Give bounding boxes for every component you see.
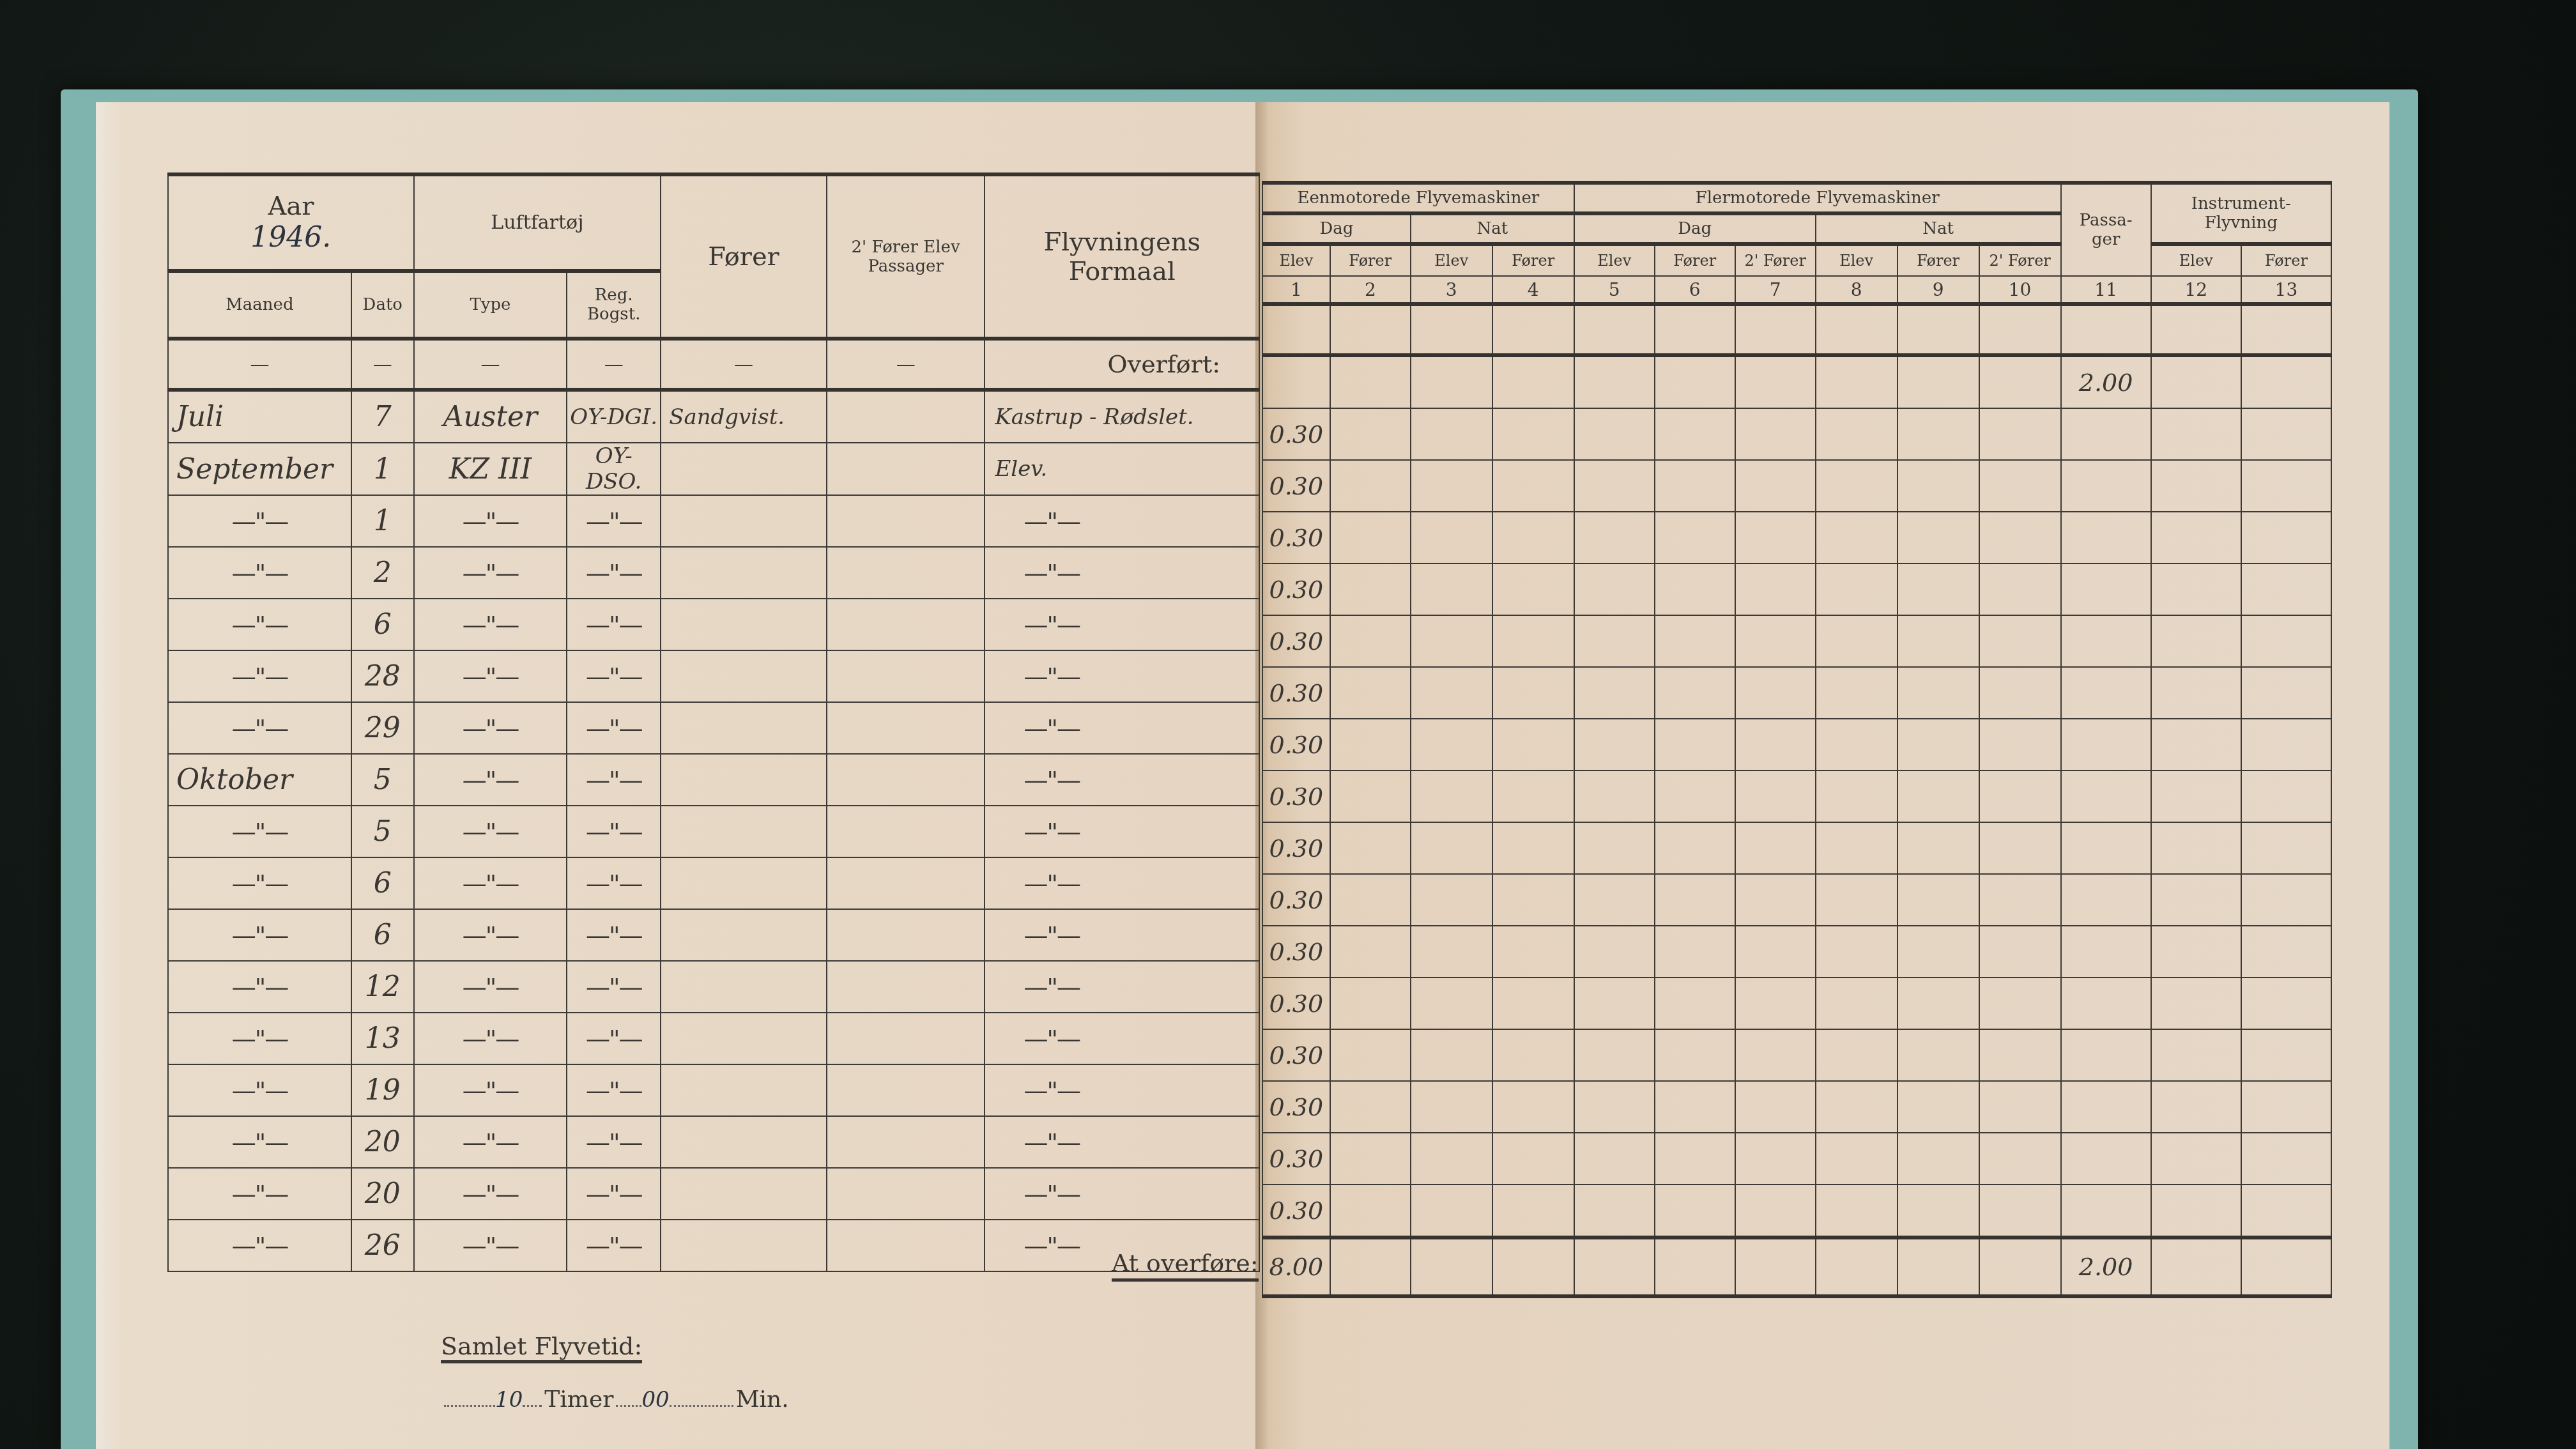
time-cell (1411, 512, 1492, 563)
time-cell (1897, 512, 1979, 563)
overfort-dash: — (827, 339, 985, 390)
column-number: 3 (1411, 276, 1492, 304)
column-label: Fører (1655, 244, 1735, 276)
time-cell (1330, 719, 1411, 770)
at-overfore-label: At overføre: (1112, 1249, 1259, 1282)
registration-cell: —"— (567, 702, 661, 754)
passager-time (2061, 512, 2151, 563)
time-cell (1574, 770, 1655, 822)
total-passager: 2.00 (2061, 1238, 2151, 1296)
pilot-cell (661, 961, 827, 1013)
time-cell (1330, 1133, 1411, 1184)
time-cell (1897, 770, 1979, 822)
pilot-cell (661, 857, 827, 909)
month-cell: Oktober (168, 754, 351, 806)
time-cell (2241, 1133, 2331, 1184)
time-cell (1574, 408, 1655, 460)
date-cell: 6 (351, 599, 414, 650)
total-cell (1897, 1238, 1979, 1296)
time-cell (1330, 1184, 1411, 1238)
time-cell (1735, 563, 1816, 615)
passenger-cell (827, 443, 985, 495)
time-cell (1816, 926, 1897, 977)
date-cell: 28 (351, 650, 414, 702)
passager-time (2061, 874, 2151, 926)
overfort-cell (2061, 304, 2151, 355)
time-cell (1979, 667, 2061, 719)
purpose-cell: —"— (985, 547, 1259, 599)
time-cell (1330, 874, 1411, 926)
flight-log-left-table: Aar 1946. Luftfartøj Fører 2' Fører Elev… (167, 172, 1260, 1272)
enmotor-dag-elev-time: 0.30 (1262, 408, 1330, 460)
type-header: Type (414, 271, 567, 339)
log-row-times: 0.30 (1262, 1184, 2331, 1238)
time-cell (1816, 355, 1897, 408)
purpose-cell: —"— (985, 702, 1259, 754)
time-cell (1816, 874, 1897, 926)
purpose-cell: —"— (985, 599, 1259, 650)
time-cell (1655, 977, 1735, 1029)
time-cell (1330, 770, 1411, 822)
log-row-times: 0.30 (1262, 822, 2331, 874)
month-cell: —"— (168, 1064, 351, 1116)
log-row: —"—26—"——"——"— (168, 1220, 1259, 1271)
time-cell (1655, 770, 1735, 822)
time-cell (1816, 615, 1897, 667)
time-cell (1897, 667, 1979, 719)
year-value: 1946. (169, 221, 413, 254)
date-cell: 20 (351, 1116, 414, 1168)
time-cell (1735, 1029, 1816, 1081)
time-cell (1816, 719, 1897, 770)
time-cell (1411, 874, 1492, 926)
time-cell (1411, 770, 1492, 822)
time-cell (1735, 460, 1816, 512)
time-cell (2151, 977, 2241, 1029)
month-cell: —"— (168, 806, 351, 857)
time-cell (1979, 874, 2061, 926)
time-cell (1897, 1133, 1979, 1184)
time-cell (1735, 408, 1816, 460)
time-cell (1897, 874, 1979, 926)
pilot-cell (661, 1064, 827, 1116)
date-cell: 20 (351, 1168, 414, 1220)
time-cell (1330, 615, 1411, 667)
log-row-times: 0.30 (1262, 874, 2331, 926)
time-cell (1816, 460, 1897, 512)
aircraft-type-cell: —"— (414, 650, 567, 702)
passager-time (2061, 408, 2151, 460)
formaal-header: Flyvningens Formaal (985, 174, 1259, 339)
passenger-cell (827, 599, 985, 650)
registration-cell: —"— (567, 961, 661, 1013)
time-cell (1411, 1184, 1492, 1238)
passenger-cell (827, 1220, 985, 1271)
date-cell: 5 (351, 806, 414, 857)
registration-cell: —"— (567, 857, 661, 909)
time-cell (1411, 977, 1492, 1029)
passenger-cell (827, 961, 985, 1013)
time-cell (1979, 1133, 2061, 1184)
purpose-cell: Kastrup - Rødslet. (985, 390, 1259, 443)
column-number: 4 (1492, 276, 1574, 304)
log-row: —"—19—"——"——"— (168, 1064, 1259, 1116)
total-cell (1330, 1238, 1411, 1296)
time-cell (1735, 1133, 1816, 1184)
passager-time (2061, 926, 2151, 977)
year-header: Aar 1946. (168, 174, 414, 271)
column-label: Fører (1492, 244, 1574, 276)
time-cell (1735, 822, 1816, 874)
time-cell (2151, 822, 2241, 874)
log-row-times: 0.30 (1262, 615, 2331, 667)
passager-time (2061, 460, 2151, 512)
maaned-header: Maaned (168, 271, 351, 339)
month-cell: —"— (168, 857, 351, 909)
pilot-cell (661, 443, 827, 495)
purpose-cell: —"— (985, 909, 1259, 961)
passenger-cell (827, 650, 985, 702)
time-cell (1411, 460, 1492, 512)
log-row-times: 0.30 (1262, 667, 2331, 719)
time-cell (2151, 1133, 2241, 1184)
overfort-cell (1979, 304, 2061, 355)
flight-log-right-table: Eenmotorede Flyvemaskiner Flermotorede F… (1262, 181, 2332, 1298)
time-cell (1574, 460, 1655, 512)
log-row: September1KZ IIIOY-DSO.Elev. (168, 443, 1259, 495)
time-cell (1735, 926, 1816, 977)
log-row: Juli7AusterOY-DGI.Sandgvist.Kastrup - Rø… (168, 390, 1259, 443)
time-cell (1330, 926, 1411, 977)
passenger-cell (827, 1064, 985, 1116)
enmotor-dag-elev-time: 0.30 (1262, 1081, 1330, 1133)
time-cell (1574, 563, 1655, 615)
time-cell (1492, 1133, 1574, 1184)
time-cell (1411, 563, 1492, 615)
time-cell (1897, 822, 1979, 874)
pilot-cell (661, 1220, 827, 1271)
enmotor-dag-elev-time: 0.30 (1262, 460, 1330, 512)
passager-time (2061, 667, 2151, 719)
column-number: 11 (2061, 276, 2151, 304)
time-cell (1411, 822, 1492, 874)
date-cell: 1 (351, 443, 414, 495)
month-cell: —"— (168, 495, 351, 547)
log-row: —"—13—"——"——"— (168, 1013, 1259, 1064)
time-cell (1492, 822, 1574, 874)
registration-cell: OY-DSO. (567, 443, 661, 495)
month-cell: —"— (168, 650, 351, 702)
dotted-line (616, 1399, 641, 1407)
time-cell (1979, 615, 2061, 667)
samlet-flyvetid-line: 10 Timer 00 Min. (444, 1386, 789, 1413)
time-cell (1330, 1081, 1411, 1133)
date-cell: 1 (351, 495, 414, 547)
overfort-cell (1330, 304, 1411, 355)
month-cell: September (168, 443, 351, 495)
time-cell (1411, 355, 1492, 408)
aircraft-type-cell: —"— (414, 1220, 567, 1271)
purpose-cell: —"— (985, 1168, 1259, 1220)
purpose-cell: —"— (985, 1013, 1259, 1064)
time-cell (1897, 977, 1979, 1029)
min-label: Min. (736, 1386, 789, 1413)
enmotor-dag-elev-time: 0.30 (1262, 667, 1330, 719)
time-cell (1330, 408, 1411, 460)
time-cell (1492, 460, 1574, 512)
registration-cell: —"— (567, 1013, 661, 1064)
second-forer-header: 2' Fører Elev Passager (827, 174, 985, 339)
time-cell (1574, 512, 1655, 563)
aircraft-type-cell: —"— (414, 754, 567, 806)
pilot-cell (661, 909, 827, 961)
time-cell (1979, 719, 2061, 770)
date-cell: 19 (351, 1064, 414, 1116)
date-cell: 6 (351, 909, 414, 961)
column-label: Elev (2151, 244, 2241, 276)
purpose-cell: —"— (985, 495, 1259, 547)
passager-time (2061, 563, 2151, 615)
overfort-label: Overført: (985, 339, 1259, 390)
registration-cell: —"— (567, 650, 661, 702)
passenger-cell (827, 547, 985, 599)
aircraft-type-cell: —"— (414, 1064, 567, 1116)
time-cell (1655, 719, 1735, 770)
purpose-cell: —"— (985, 857, 1259, 909)
aircraft-type-cell: —"— (414, 702, 567, 754)
aircraft-type-cell: —"— (414, 909, 567, 961)
time-cell (1411, 667, 1492, 719)
month-cell: Juli (168, 390, 351, 443)
pilot-cell (661, 754, 827, 806)
log-row-times: 0.30 (1262, 512, 2331, 563)
time-cell (1574, 874, 1655, 926)
dato-header: Dato (351, 271, 414, 339)
flermotor-dag-header: Dag (1574, 213, 1816, 244)
time-cell (1735, 667, 1816, 719)
overfort-cell (1816, 304, 1897, 355)
pilot-cell (661, 702, 827, 754)
column-label: Elev (1411, 244, 1492, 276)
registration-cell: —"— (567, 1168, 661, 1220)
time-cell (1979, 1184, 2061, 1238)
passager-time (2061, 615, 2151, 667)
aircraft-type-cell: —"— (414, 961, 567, 1013)
log-row: —"—6—"——"——"— (168, 909, 1259, 961)
enmotor-nat-header: Nat (1411, 213, 1574, 244)
time-cell (1735, 977, 1816, 1029)
enmotor-dag-elev-time: 0.30 (1262, 563, 1330, 615)
month-cell: —"— (168, 702, 351, 754)
time-cell (1411, 926, 1492, 977)
time-cell (1492, 667, 1574, 719)
time-cell (1897, 1029, 1979, 1081)
log-row: —"—6—"——"——"— (168, 599, 1259, 650)
time-cell (1897, 1081, 1979, 1133)
column-label: Fører (1330, 244, 1411, 276)
time-cell (2151, 1029, 2241, 1081)
time-cell (1897, 355, 1979, 408)
overfort-cell (2151, 304, 2241, 355)
time-cell (2241, 460, 2331, 512)
purpose-cell: —"— (985, 961, 1259, 1013)
total-cell (1735, 1238, 1816, 1296)
time-cell (1979, 822, 2061, 874)
time-cell (1492, 408, 1574, 460)
time-cell (1816, 822, 1897, 874)
month-cell: —"— (168, 1168, 351, 1220)
log-row-times: 0.30 (1262, 408, 2331, 460)
time-cell (1897, 926, 1979, 977)
time-cell (1979, 512, 2061, 563)
time-cell (1330, 563, 1411, 615)
date-cell: 6 (351, 857, 414, 909)
total-cell (1655, 1238, 1735, 1296)
time-cell (1735, 1184, 1816, 1238)
time-cell (2241, 563, 2331, 615)
time-cell (1655, 1133, 1735, 1184)
date-cell: 29 (351, 702, 414, 754)
time-cell (1574, 1081, 1655, 1133)
total-hours: 10 (495, 1387, 523, 1413)
time-cell (1655, 563, 1735, 615)
time-cell (1979, 770, 2061, 822)
time-cell (1574, 1184, 1655, 1238)
time-cell (2151, 926, 2241, 977)
column-number: 12 (2151, 276, 2241, 304)
time-cell (1979, 1081, 2061, 1133)
time-cell (1574, 719, 1655, 770)
dotted-line (523, 1399, 542, 1407)
column-number: 13 (2241, 276, 2331, 304)
passenger-cell (827, 702, 985, 754)
time-cell (1411, 719, 1492, 770)
overfort-dash: — (661, 339, 827, 390)
aircraft-type-cell: —"— (414, 857, 567, 909)
instrument-header: Instrument-Flyvning (2151, 183, 2331, 244)
purpose-cell: —"— (985, 754, 1259, 806)
log-row-times: 2.00 (1262, 355, 2331, 408)
reg-header: Reg. Bogst. (567, 271, 661, 339)
time-cell (1330, 460, 1411, 512)
aircraft-type-cell: —"— (414, 599, 567, 650)
log-row-times: 0.30 (1262, 563, 2331, 615)
total-cell (1816, 1238, 1897, 1296)
time-cell (1492, 512, 1574, 563)
passager-time (2061, 1184, 2151, 1238)
registration-cell: —"— (567, 1116, 661, 1168)
registration-cell: —"— (567, 1220, 661, 1271)
passager-time (2061, 977, 2151, 1029)
time-cell (2151, 355, 2241, 408)
overfort-cell (1655, 304, 1735, 355)
column-number: 10 (1979, 276, 2061, 304)
time-cell (1411, 408, 1492, 460)
passager-time (2061, 770, 2151, 822)
log-row: —"—29—"——"——"— (168, 702, 1259, 754)
total-cell (2151, 1238, 2241, 1296)
time-cell (1979, 563, 2061, 615)
time-cell (1492, 926, 1574, 977)
time-cell (1330, 355, 1411, 408)
time-cell (1655, 926, 1735, 977)
time-cell (1330, 667, 1411, 719)
time-cell (2241, 770, 2331, 822)
pilot-cell (661, 599, 827, 650)
aircraft-type-cell: —"— (414, 1013, 567, 1064)
time-cell (2151, 512, 2241, 563)
enmotor-dag-elev-time: 0.30 (1262, 615, 1330, 667)
overfort-dash: — (567, 339, 661, 390)
passager-time (2061, 1029, 2151, 1081)
time-cell (1816, 977, 1897, 1029)
enmotor-dag-elev-time: 0.30 (1262, 770, 1330, 822)
passager-time: 2.00 (2061, 355, 2151, 408)
time-cell (1897, 1184, 1979, 1238)
time-cell (1574, 1029, 1655, 1081)
passenger-cell (827, 495, 985, 547)
aircraft-type-cell: —"— (414, 495, 567, 547)
total-cell (1979, 1238, 2061, 1296)
time-cell (1735, 615, 1816, 667)
flermotor-header: Flermotorede Flyvemaskiner (1574, 183, 2061, 213)
time-cell (1492, 977, 1574, 1029)
time-cell (2151, 770, 2241, 822)
passager-time (2061, 1081, 2151, 1133)
purpose-cell: —"— (985, 1064, 1259, 1116)
time-cell (1655, 615, 1735, 667)
passenger-cell (827, 1116, 985, 1168)
time-cell (1735, 770, 1816, 822)
column-number: 2 (1330, 276, 1411, 304)
time-cell (1897, 460, 1979, 512)
registration-cell: OY-DGI. (567, 390, 661, 443)
pilot-cell (661, 1116, 827, 1168)
time-cell (2241, 667, 2331, 719)
aar-label: Aar (169, 192, 413, 221)
column-label: Elev (1262, 244, 1330, 276)
time-cell (2241, 1081, 2331, 1133)
time-cell (2151, 563, 2241, 615)
log-row: —"—20—"——"——"— (168, 1168, 1259, 1220)
time-cell (1411, 615, 1492, 667)
time-cell (1979, 1029, 2061, 1081)
passager-time (2061, 719, 2151, 770)
time-cell (2241, 1184, 2331, 1238)
registration-cell: —"— (567, 754, 661, 806)
total-cell (1492, 1238, 1574, 1296)
aircraft-type-cell: —"— (414, 547, 567, 599)
column-label: 2' Fører (1979, 244, 2061, 276)
passenger-cell (827, 1168, 985, 1220)
time-cell (1735, 1081, 1816, 1133)
time-cell (1492, 615, 1574, 667)
time-cell (2241, 822, 2331, 874)
column-label: Fører (1897, 244, 1979, 276)
registration-cell: —"— (567, 495, 661, 547)
time-cell (1492, 874, 1574, 926)
timer-label: Timer (544, 1386, 613, 1413)
time-cell (1574, 667, 1655, 719)
time-cell (1979, 460, 2061, 512)
column-label: 2' Fører (1735, 244, 1816, 276)
time-cell (1655, 408, 1735, 460)
log-row: —"—12—"——"——"— (168, 961, 1259, 1013)
month-cell: —"— (168, 961, 351, 1013)
overfort-cell (1492, 304, 1574, 355)
passenger-cell (827, 754, 985, 806)
time-cell (2151, 1081, 2241, 1133)
